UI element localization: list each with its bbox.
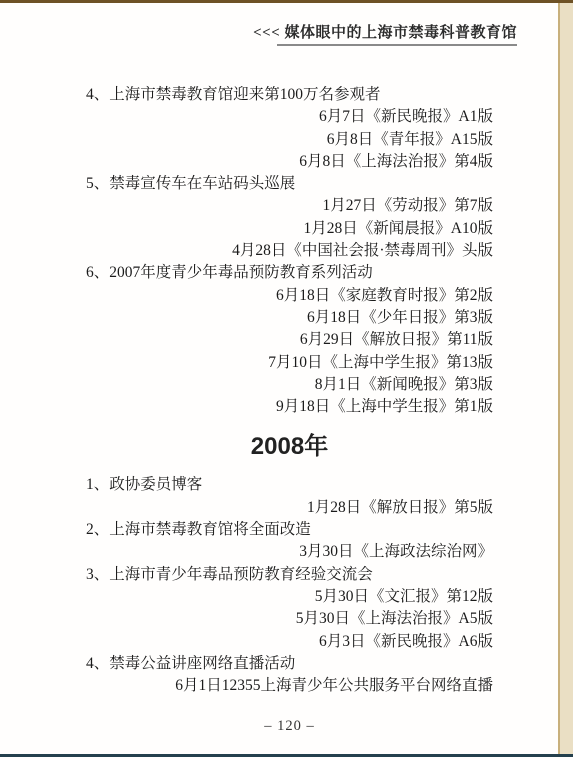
citation-line: 8月1日《新闻晚报》第3版 [86,374,493,396]
citation-line: 5月30日《文汇报》第12版 [86,586,493,608]
entry-title: 6、2007年度青少年毒品预防教育系列活动 [86,262,493,284]
entry-title: 3、上海市青少年毒品预防教育经验交流会 [86,564,493,586]
page-bottom-rule [0,754,573,757]
citation-line: 9月18日《上海中学生报》第1版 [86,396,493,418]
citation-line: 1月27日《劳动报》第7版 [86,195,493,217]
citation-line: 6月3日《新民晚报》A6版 [86,631,493,653]
citation-line: 6月18日《少年日报》第3版 [86,307,493,329]
entry-title: 1、政协委员博客 [86,474,493,496]
citation-line: 6月8日《上海法治报》第4版 [86,151,493,173]
entry-title: 4、上海市禁毒教育馆迎来第100万名参观者 [86,84,493,106]
page-number: – 120 – [86,718,493,735]
citation-line: 6月1日12355上海青少年公共服务平台网络直播 [86,675,493,697]
citation-line: 3月30日《上海政法综治网》 [86,541,493,563]
citation-line: 7月10日《上海中学生报》第13版 [86,352,493,374]
citation-line: 6月29日《解放日报》第11版 [86,329,493,351]
citation-line: 6月8日《青年报》A15版 [86,129,493,151]
page-top-edge [0,0,573,3]
page-right-edge [558,3,573,755]
content-area: 4、上海市禁毒教育馆迎来第100万名参观者 6月7日《新民晚报》A1版 6月8日… [86,84,493,697]
entry-title: 5、禁毒宣传车在车站码头巡展 [86,173,493,195]
citation-line: 5月30日《上海法治报》A5版 [86,608,493,630]
citation-line: 6月18日《家庭教育时报》第2版 [86,285,493,307]
entry-title: 2、上海市禁毒教育馆将全面改造 [86,519,493,541]
entry-title: 4、禁毒公益讲座网络直播活动 [86,653,493,675]
scanned-book-page: <<< 媒体眼中的上海市禁毒科普教育馆 4、上海市禁毒教育馆迎来第100万名参观… [0,0,573,759]
citation-line: 6月7日《新民晚报》A1版 [86,106,493,128]
year-heading-2008: 2008年 [86,430,493,464]
citation-line: 1月28日《新闻晨报》A10版 [86,218,493,240]
citation-line: 1月28日《解放日报》第5版 [86,497,493,519]
citation-line: 4月28日《中国社会报·禁毒周刊》头版 [86,240,493,262]
running-header: <<< 媒体眼中的上海市禁毒科普教育馆 [217,21,517,42]
header-rule [277,44,517,46]
